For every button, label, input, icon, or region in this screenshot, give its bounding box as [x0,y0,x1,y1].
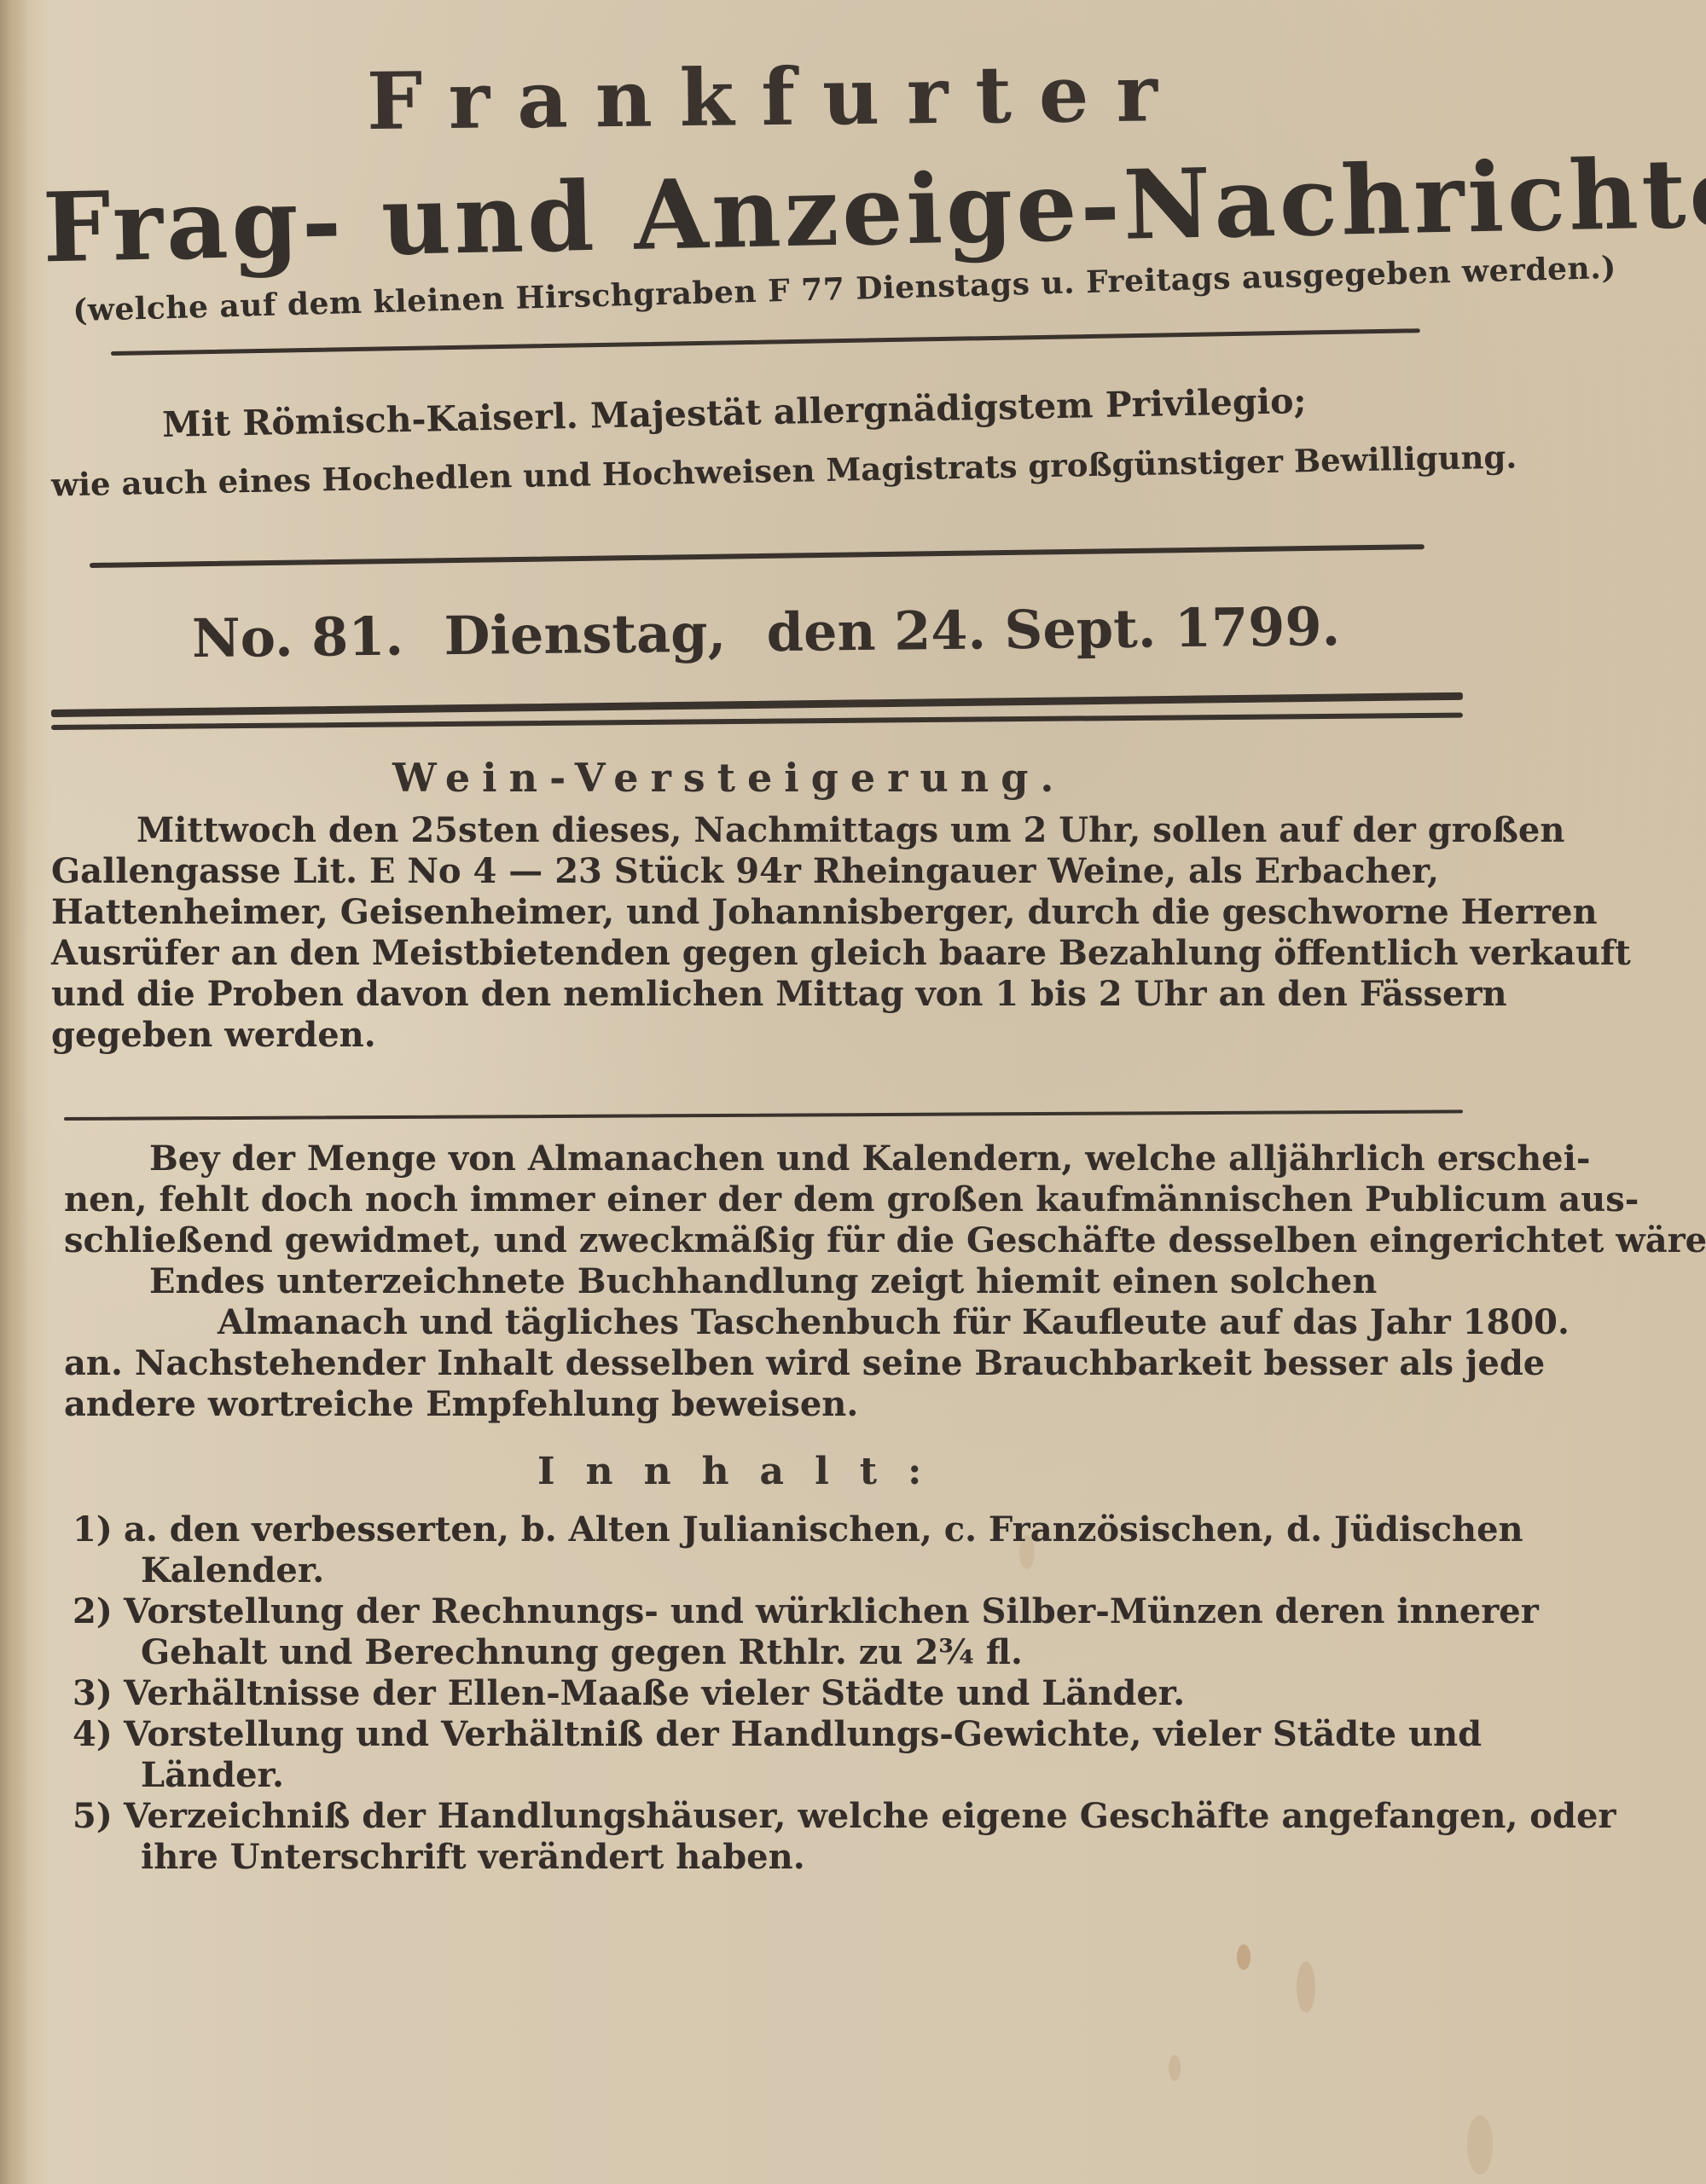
contents-item: 2)Vorstellung der Rechnungs- und würklic… [73,1591,1616,1673]
text-line: Bey der Menge von Almanachen und Kalende… [64,1138,1706,1179]
rule-divider [64,1109,1463,1121]
newspaper-page: Frankfurter Frag- und Anzeige-Nachrichte… [0,0,1706,2184]
issue-line: No. 81. Dienstag, den 24. Sept. 1799. [192,595,1363,669]
contents-item: 1)a. den verbesserten, b. Alten Julianis… [73,1509,1616,1591]
paper-stain [1169,2055,1181,2081]
text-line: Verhältnisse der Ellen-Maaße vieler Städ… [124,1673,1185,1713]
rule-divider [111,328,1420,356]
rule-double-top [51,692,1463,717]
text-line: Gallengasse Lit. E No 4 — 23 Stück 94r R… [51,851,1631,892]
contents-item: 4)Vorstellung und Verhältniß der Handlun… [73,1714,1616,1796]
text-line: Hattenheimer, Geisenheimer, und Johannis… [51,892,1631,933]
paper-stain [1297,1961,1315,2013]
text-line: nen, fehlt doch noch immer einer der dem… [64,1179,1706,1220]
page-spine-shadow [0,0,29,2184]
text-line: Vorstellung und Verhältniß der Handlungs… [124,1714,1482,1754]
contents-item: 3)Verhältnisse der Ellen-Maaße vieler St… [73,1673,1616,1714]
text-line: gegeben werden. [51,1015,1631,1056]
text-line: Verzeichniß der Handlungshäuser, welche … [124,1796,1616,1836]
paper-stain [1467,2115,1493,2175]
issue-number: No. 81. [192,605,404,670]
contents-item-number: 5) [73,1796,124,1837]
text-line: an. Nachstehender Inhalt desselben wird … [64,1343,1706,1384]
contents-item-number: 2) [73,1591,124,1632]
issue-date: den 24. Sept. 1799. [766,595,1340,663]
contents-list: 1)a. den verbesserten, b. Alten Julianis… [73,1509,1616,1878]
issue-weekday: Dienstag, [444,602,726,667]
masthead-title-line1: Frankfurter [366,47,1185,148]
privilege-line-2: wie auch eines Hochedlen und Hochweisen … [51,438,1517,504]
notice-wine-title: Wein-Versteigerung. [392,755,1065,801]
text-line: a. den verbesserten, b. Alten Julianisch… [124,1509,1523,1550]
text-line: Endes unterzeichnete Buchhandlung zeigt … [64,1261,1706,1302]
contents-item-number: 4) [73,1714,124,1755]
contents-item-number: 1) [73,1509,124,1550]
privilege-line-1: Mit Römisch-Kaiserl. Majestät allergnädi… [162,380,1307,445]
text-line: ihre Unterschrift verändert haben. [73,1837,1616,1878]
text-line: andere wortreiche Empfehlung beweisen. [64,1384,1706,1425]
text-line: Mittwoch den 25sten dieses, Nachmittags … [51,810,1631,851]
text-line: und die Proben davon den nemlichen Mitta… [51,974,1631,1015]
contents-item: 5)Verzeichniß der Handlungshäuser, welch… [73,1796,1616,1878]
notice-wine-body: Mittwoch den 25sten dieses, Nachmittags … [51,810,1631,1056]
notice-almanac-body: Bey der Menge von Almanachen und Kalende… [64,1138,1706,1425]
text-line: Gehalt und Berechnung gegen Rthlr. zu 2¾… [73,1632,1616,1673]
text-line: Ausrüfer an den Meistbietenden gegen gle… [51,933,1631,974]
text-line: Länder. [73,1755,1616,1796]
contents-title: Innhalt: [537,1450,952,1493]
contents-item-number: 3) [73,1673,124,1714]
text-line: Vorstellung der Rechnungs- und würkliche… [124,1591,1539,1631]
text-line: Kalender. [73,1550,1616,1591]
rule-double-bottom [51,713,1463,730]
text-line: Almanach und tägliches Taschenbuch für K… [64,1302,1706,1343]
text-line: schließend gewidmet, und zweckmäßig für … [64,1220,1706,1261]
paper-stain [1237,1944,1250,1970]
rule-divider [90,544,1425,568]
